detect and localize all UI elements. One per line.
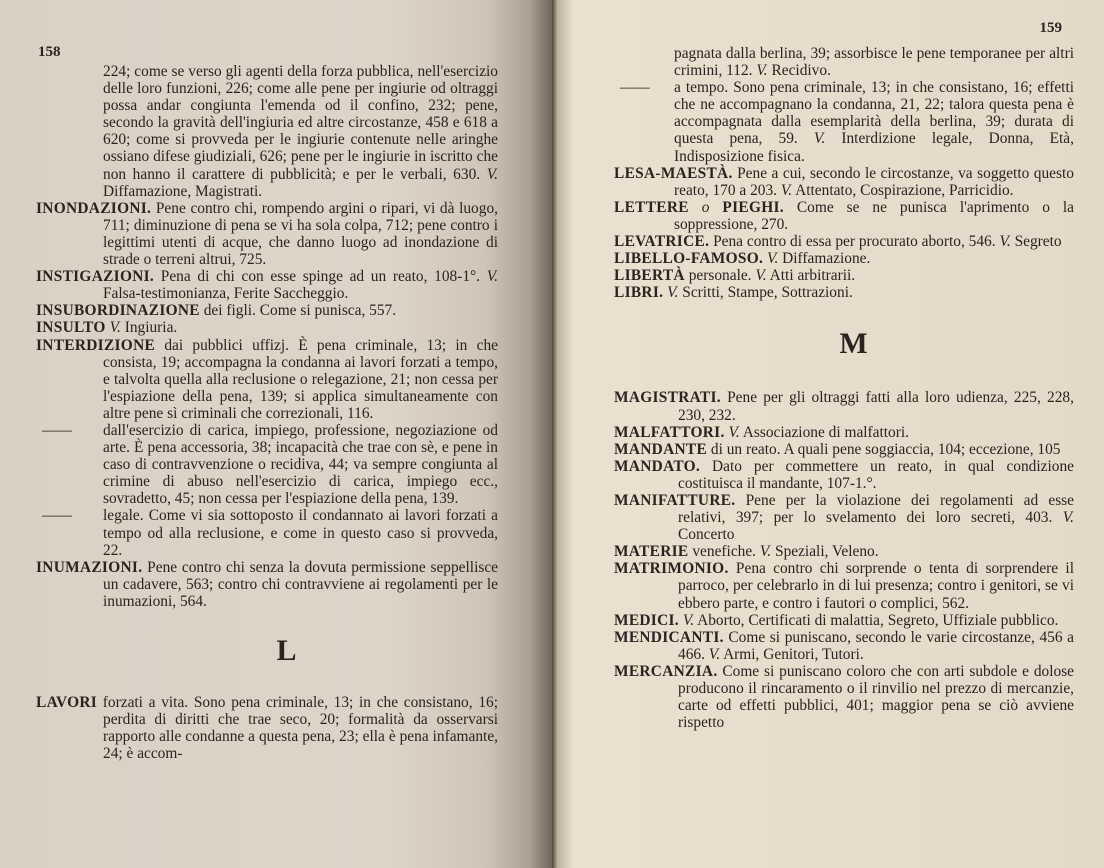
index-entry-lesa-maesta: LESA-MAESTÀ. Pene a cui, secondo le circ… [614, 165, 1074, 199]
see-reference-marker: V. [781, 182, 792, 199]
entry-text: dei figli. Come si punisca, 557. [204, 302, 396, 319]
index-entry-matrimonio: MATRIMONIO. Pena contro chi sorprende o … [614, 560, 1074, 611]
entry-headword: LAVORI [36, 694, 97, 711]
entry-text: Come si puniscano coloro che con arti su… [678, 663, 1074, 731]
entry-headword: INONDAZIONI. [36, 200, 151, 217]
continuation-text: 224; come se verso gli agenti della forz… [103, 63, 498, 183]
right-page: 159 pagnata dalla berlina, 39; assorbisc… [552, 0, 1104, 868]
index-entry-libello-famoso: LIBELLO-FAMOSO. V. Diffamazione. [614, 250, 1074, 267]
index-entry-inumazioni: INUMAZIONI. Pene contro chi senza la dov… [36, 559, 498, 610]
see-reference-marker: V. [487, 166, 498, 183]
index-entry-liberta: LIBERTÀ personale. V. Atti arbitrarii. [614, 267, 1074, 284]
headword-connector: o [702, 199, 710, 216]
entry-cross-refs: Concerto [678, 526, 734, 543]
index-entry-inondazioni: INONDAZIONI. Pene contro chi, rompendo a… [36, 200, 498, 268]
entry-headword: LIBRI. [614, 284, 663, 301]
index-entry-mandante: MANDANTE di un reato. A quali pene soggi… [614, 441, 1074, 458]
index-entry-mendicanti: MENDICANTI. Come si puniscano, secondo l… [614, 629, 1074, 663]
ditto-dash: —— [42, 507, 80, 524]
entry-headword: INSTIGAZIONI. [36, 268, 154, 285]
entry-cross-refs: Diffamazione. [782, 250, 870, 267]
entry-cross-refs: Attentato, Cospirazione, Parricidio. [795, 182, 1013, 199]
entry-text: dall'esercizio di carica, impiego, profe… [103, 422, 498, 507]
entry-text: Pena contro di essa per procurato aborto… [713, 233, 996, 250]
see-reference-marker: V. [667, 284, 678, 301]
index-entry-medici: MEDICI. V. Aborto, Certificati di malatt… [614, 612, 1074, 629]
entry-headword: INUMAZIONI. [36, 559, 142, 576]
entry-text: personale. [689, 267, 752, 284]
continuation-tail: Diffamazione, Magistrati. [103, 183, 262, 200]
entry-headword: MANIFATTURE. [614, 492, 735, 509]
entry-headword: MATRIMONIO. [614, 560, 729, 577]
book-spread: 158 224; come se verso gli agenti della … [0, 0, 1104, 868]
entry-headword: LESA-MAESTÀ. [614, 165, 733, 182]
entry-text: dai pubblici uffizj. È pena criminale, 1… [103, 337, 498, 422]
see-reference-marker: V. [110, 319, 121, 336]
index-entry-materie: MATERIE venefiche. V. Speziali, Veleno. [614, 543, 1074, 560]
entry-cross-refs: Falsa-testimonianza, Ferite Saccheggio. [103, 285, 348, 302]
index-subentry-interdizione-esercizio: ——dall'esercizio di carica, impiego, pro… [36, 422, 498, 507]
entry-cross-refs: Aborto, Certificati di malattia, Segreto… [697, 612, 1058, 629]
left-page: 158 224; come se verso gli agenti della … [0, 0, 552, 868]
see-reference-marker: V. [760, 543, 771, 560]
index-entry-manifatture: MANIFATTURE. Pene per la violazione dei … [614, 492, 1074, 543]
entry-headword: LIBERTÀ [614, 267, 685, 284]
entry-cross-refs: Associazione di malfattori. [743, 424, 909, 441]
entry-headword: INTERDIZIONE [36, 337, 155, 354]
index-entry-mercanzia: MERCANZIA. Come si puniscano coloro che … [614, 663, 1074, 731]
continuation-paragraph: pagnata dalla berlina, 39; assorbisce le… [614, 45, 1074, 79]
continuation-text: pagnata dalla berlina, 39; assorbisce le… [674, 45, 1074, 79]
index-entry-mandato: MANDATO. Dato per commettere un reato, i… [614, 458, 1074, 492]
entry-headword: MERCANZIA. [614, 663, 717, 680]
entry-headword: MANDANTE [614, 441, 707, 458]
entry-headword: MATERIE [614, 543, 689, 560]
ditto-dash: —— [620, 79, 658, 96]
ditto-dash: —— [42, 422, 80, 439]
entry-headword: INSUBORDINAZIONE [36, 302, 200, 319]
index-entry-lavori: LAVORI forzati a vita. Sono pena crimina… [36, 694, 498, 762]
continuation-paragraph: 224; come se verso gli agenti della forz… [36, 63, 498, 200]
see-reference-marker: V. [1063, 509, 1074, 526]
entry-headword: INSULTO [36, 319, 106, 336]
entry-text: Pene per gli oltraggi fatti alla loro ud… [678, 389, 1074, 423]
entry-text: forzati a vita. Sono pena criminale, 13;… [103, 694, 498, 762]
entry-headword: MANDATO. [614, 458, 700, 475]
page-number-left: 158 [38, 44, 61, 61]
index-entry-instigazioni: INSTIGAZIONI. Pena di chi con esse sping… [36, 268, 498, 302]
see-reference-marker: V. [767, 250, 778, 267]
left-text-block: 224; come se verso gli agenti della forz… [36, 63, 498, 762]
see-reference-marker: V. [683, 612, 694, 629]
see-reference-marker: V. [709, 646, 720, 663]
see-reference-marker: V. [999, 233, 1010, 250]
entry-text: di un reato. A quali pene soggiaccia, 10… [711, 441, 1061, 458]
index-subentry-lavori-a-tempo: ——a tempo. Sono pena criminale, 13; in c… [614, 79, 1074, 164]
entry-cross-refs: Scritti, Stampe, Sottrazioni. [682, 284, 853, 301]
entry-cross-refs: Segreto [1015, 233, 1062, 250]
entry-text: Dato per commettere un reato, in qual co… [678, 458, 1074, 492]
entry-cross-refs: Speziali, Veleno. [775, 543, 879, 560]
entry-headword: MALFATTORI. [614, 424, 725, 441]
entry-headword: LEVATRICE. [614, 233, 709, 250]
entry-headword: LIBELLO-FAMOSO. [614, 250, 763, 267]
index-entry-insubordinazione: INSUBORDINAZIONE dei figli. Come si puni… [36, 302, 498, 319]
section-letter-m: M [614, 327, 1074, 361]
entry-headword: MAGISTRATI. [614, 389, 721, 406]
index-entry-interdizione: INTERDIZIONE dai pubblici uffizj. È pena… [36, 337, 498, 422]
entry-text: Pene per la violazione dei regolamenti a… [678, 492, 1074, 526]
index-entry-levatrice: LEVATRICE. Pena contro di essa per procu… [614, 233, 1074, 250]
index-entry-magistrati: MAGISTRATI. Pene per gli oltraggi fatti … [614, 389, 1074, 423]
see-reference-marker: V. [728, 424, 739, 441]
see-reference-marker: V. [756, 62, 767, 79]
see-reference-marker: V. [755, 267, 766, 284]
entry-text: Pena contro chi sorprende o tenta di sor… [678, 560, 1074, 611]
entry-cross-refs: Atti arbitrarii. [770, 267, 855, 284]
see-reference-marker: V. [487, 268, 498, 285]
page-number-right: 159 [1040, 20, 1063, 37]
entry-text: Pene contro chi senza la dovuta permissi… [103, 559, 498, 610]
index-entry-libri: LIBRI. V. Scritti, Stampe, Sottrazioni. [614, 284, 1074, 301]
entry-text: Pene contro chi, rompendo argini o ripar… [103, 200, 498, 268]
index-subentry-interdizione-legale: ——legale. Come vi sia sottoposto il cond… [36, 507, 498, 558]
index-entry-malfattori: MALFATTORI. V. Associazione di malfattor… [614, 424, 1074, 441]
entry-text: venefiche. [692, 543, 756, 560]
entry-headword: MEDICI. [614, 612, 679, 629]
see-reference-marker: V. [814, 130, 825, 147]
index-entry-insulto: INSULTO V. Ingiuria. [36, 319, 498, 336]
entry-headword: MENDICANTI. [614, 629, 724, 646]
entry-text: Pena di chi con esse spinge ad un reato,… [161, 268, 480, 285]
entry-cross-refs: Armi, Genitori, Tutori. [723, 646, 864, 663]
continuation-tail: Recidivo. [772, 62, 831, 79]
entry-headword: LETTERE [614, 199, 689, 216]
entry-text: legale. Come vi sia sottoposto il condan… [103, 507, 498, 558]
right-text-block: pagnata dalla berlina, 39; assorbisce le… [614, 45, 1074, 731]
index-entry-lettere-o-pieghi: LETTERE o PIEGHI. Come se ne punisca l'a… [614, 199, 1074, 233]
entry-headword-second: PIEGHI. [722, 199, 784, 216]
section-letter-l: L [36, 634, 498, 668]
entry-cross-refs: Ingiuria. [125, 319, 178, 336]
